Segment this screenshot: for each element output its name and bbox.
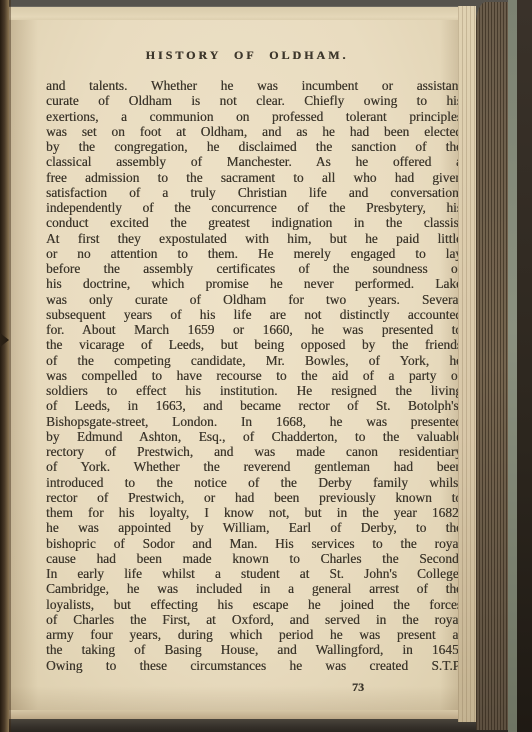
text-line: At first they expostulated with him, but… (46, 231, 462, 246)
table-surface (0, 719, 517, 732)
book-photo: HISTORY OF OLDHAM. and talents. Whether … (0, 0, 532, 732)
book-cover-edge (508, 0, 517, 732)
gutter-shadow-line (9, 0, 11, 732)
page-bottom-edge (8, 710, 460, 719)
text-line: of the competing candidate, Mr. Bowles, … (46, 353, 462, 368)
book-cover-dark (517, 0, 532, 732)
text-line: introduced to the notice of the Derby fa… (46, 475, 462, 490)
text-line: independently of the concurrence of the … (46, 200, 462, 215)
text-line: rector of Prestwich, or had been previou… (46, 490, 462, 505)
text-line: his doctrine, which promise he never per… (46, 276, 462, 291)
page-text: and talents. Whether he was incumbent or… (46, 78, 462, 673)
text-line: exertions, a communion on professed tole… (46, 109, 462, 124)
text-line: was set on foot at Oldham, and as he had… (46, 124, 462, 139)
book-gutter (0, 0, 9, 732)
book-page: HISTORY OF OLDHAM. and talents. Whether … (8, 20, 460, 712)
text-line: of York. Whether the reverend gentleman … (46, 459, 462, 474)
text-line: soldiers to effect his institution. He r… (46, 383, 462, 398)
text-line: free admission to the sacrament to all w… (46, 170, 462, 185)
text-line: bishopric of Sodor and Man. His services… (46, 536, 462, 551)
text-line: or no attention to them. He merely engag… (46, 246, 462, 261)
text-line: classical assembly of Manchester. As he … (46, 154, 462, 169)
text-line: and talents. Whether he was incumbent or… (46, 78, 462, 93)
text-line: was compelled to have recourse to the ai… (46, 368, 462, 383)
text-line: he was appointed by William, Earl of Der… (46, 520, 462, 535)
text-line: the vicarage of Leeds, but being opposed… (46, 337, 462, 352)
text-line: was only curate of Oldham for two years.… (46, 292, 462, 307)
text-line: by Edmund Ashton, Esq., of Chadderton, t… (46, 429, 462, 444)
text-line: the taking of Basing House, and Wallingf… (46, 642, 462, 657)
text-line: satisfaction of a truly Christian life a… (46, 185, 462, 200)
text-line: Owing to these circumstances he was crea… (46, 658, 462, 673)
closed-pages-edge (476, 2, 508, 730)
text-line: before the assembly certificates of the … (46, 261, 462, 276)
text-line: of Leeds, in 1663, and became rector of … (46, 398, 462, 413)
text-line: subsequent years of his life are not dis… (46, 307, 462, 322)
running-header: HISTORY OF OLDHAM. (40, 48, 454, 63)
text-line: Bishopsgate-street, London. In 1668, he … (46, 414, 462, 429)
text-line: loyalists, but effecting his escape he j… (46, 597, 462, 612)
text-line: rectory of Prestwich, and was made canon… (46, 444, 462, 459)
page-marker-nub (0, 333, 9, 347)
text-line: army four years, during which period he … (46, 627, 462, 642)
page-number: 73 (308, 680, 408, 695)
text-line: Cambridge, he was included in a general … (46, 581, 462, 596)
text-line: cause had been made known to Charles the… (46, 551, 462, 566)
open-page-fore-edge (458, 6, 476, 722)
text-line: by the congregation, he disclaimed the s… (46, 139, 462, 154)
text-line: them for his loyalty, I know not, but in… (46, 505, 462, 520)
text-line: for. About March 1659 or 1660, he was pr… (46, 322, 462, 337)
text-line: curate of Oldham is not clear. Chiefly o… (46, 93, 462, 108)
text-line: of Charles the First, at Oxford, and ser… (46, 612, 462, 627)
text-line: In early life whilst a student at St. Jo… (46, 566, 462, 581)
text-line: conduct excited the greatest indignation… (46, 215, 462, 230)
